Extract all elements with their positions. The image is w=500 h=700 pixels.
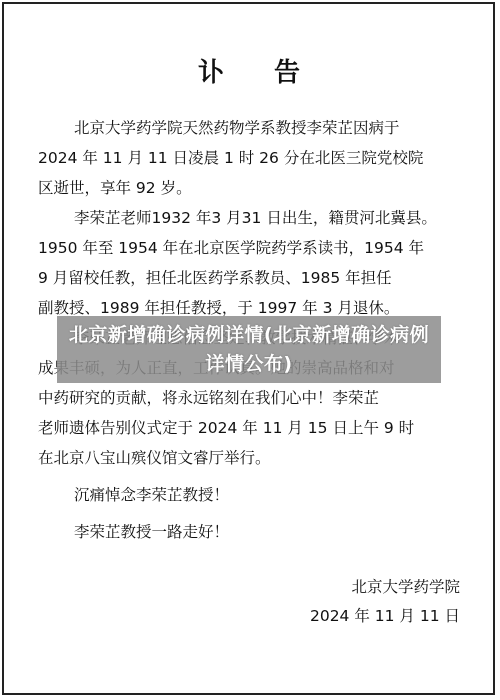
closing-line-mourning: 沉痛悼念李荣芷教授！ bbox=[74, 483, 229, 505]
paragraph-line: 中药研究的贡献，将永远铭刻在我们心中！李荣芷 bbox=[38, 383, 468, 413]
paragraph-line: 老师遗体告别仪式定于 2024 年 11 月 15 日上午 9 时 bbox=[38, 413, 468, 443]
paragraph-line: 9 月留校任教，担任北医药学系教员、1985 年担任 bbox=[38, 263, 468, 293]
paragraph-line: 李荣芷老师1932 年3 月31 日出生，籍贯河北冀县。 bbox=[38, 203, 468, 233]
paragraph-line: 2024 年 11 月 11 日凌晨 1 时 26 分在北医三院党校院 bbox=[38, 143, 468, 173]
signature-organization: 北京大学药学院 bbox=[260, 575, 460, 597]
paragraph-line: 北京大学药学院天然药物学系教授李荣芷因病于 bbox=[38, 113, 468, 143]
paragraph-death-notice: 北京大学药学院天然药物学系教授李荣芷因病于 2024 年 11 月 11 日凌晨… bbox=[38, 113, 468, 203]
title-char-1: 讣 bbox=[198, 52, 226, 89]
signature-date: 2024 年 11 月 11 日 bbox=[260, 604, 460, 626]
headline-overlay-text: 北京新增确诊病例详情(北京新增确诊病例详情公布) bbox=[63, 321, 435, 379]
paragraph-line: 在北京八宝山殡仪馆文睿厅举行。 bbox=[38, 443, 468, 473]
paragraph-biography: 李荣芷老师1932 年3 月31 日出生，籍贯河北冀县。 1950 年至 195… bbox=[38, 203, 468, 323]
document-title: 讣告 bbox=[0, 52, 500, 89]
title-char-2: 告 bbox=[274, 52, 302, 89]
headline-overlay-banner: 北京新增确诊病例详情(北京新增确诊病例详情公布) bbox=[57, 316, 441, 383]
paragraph-line: 1950 年至 1954 年在北京医学院药学系读书，1954 年 bbox=[38, 233, 468, 263]
closing-line-farewell: 李荣芷教授一路走好！ bbox=[74, 520, 229, 542]
paragraph-line: 区逝世，享年 92 岁。 bbox=[38, 173, 468, 203]
